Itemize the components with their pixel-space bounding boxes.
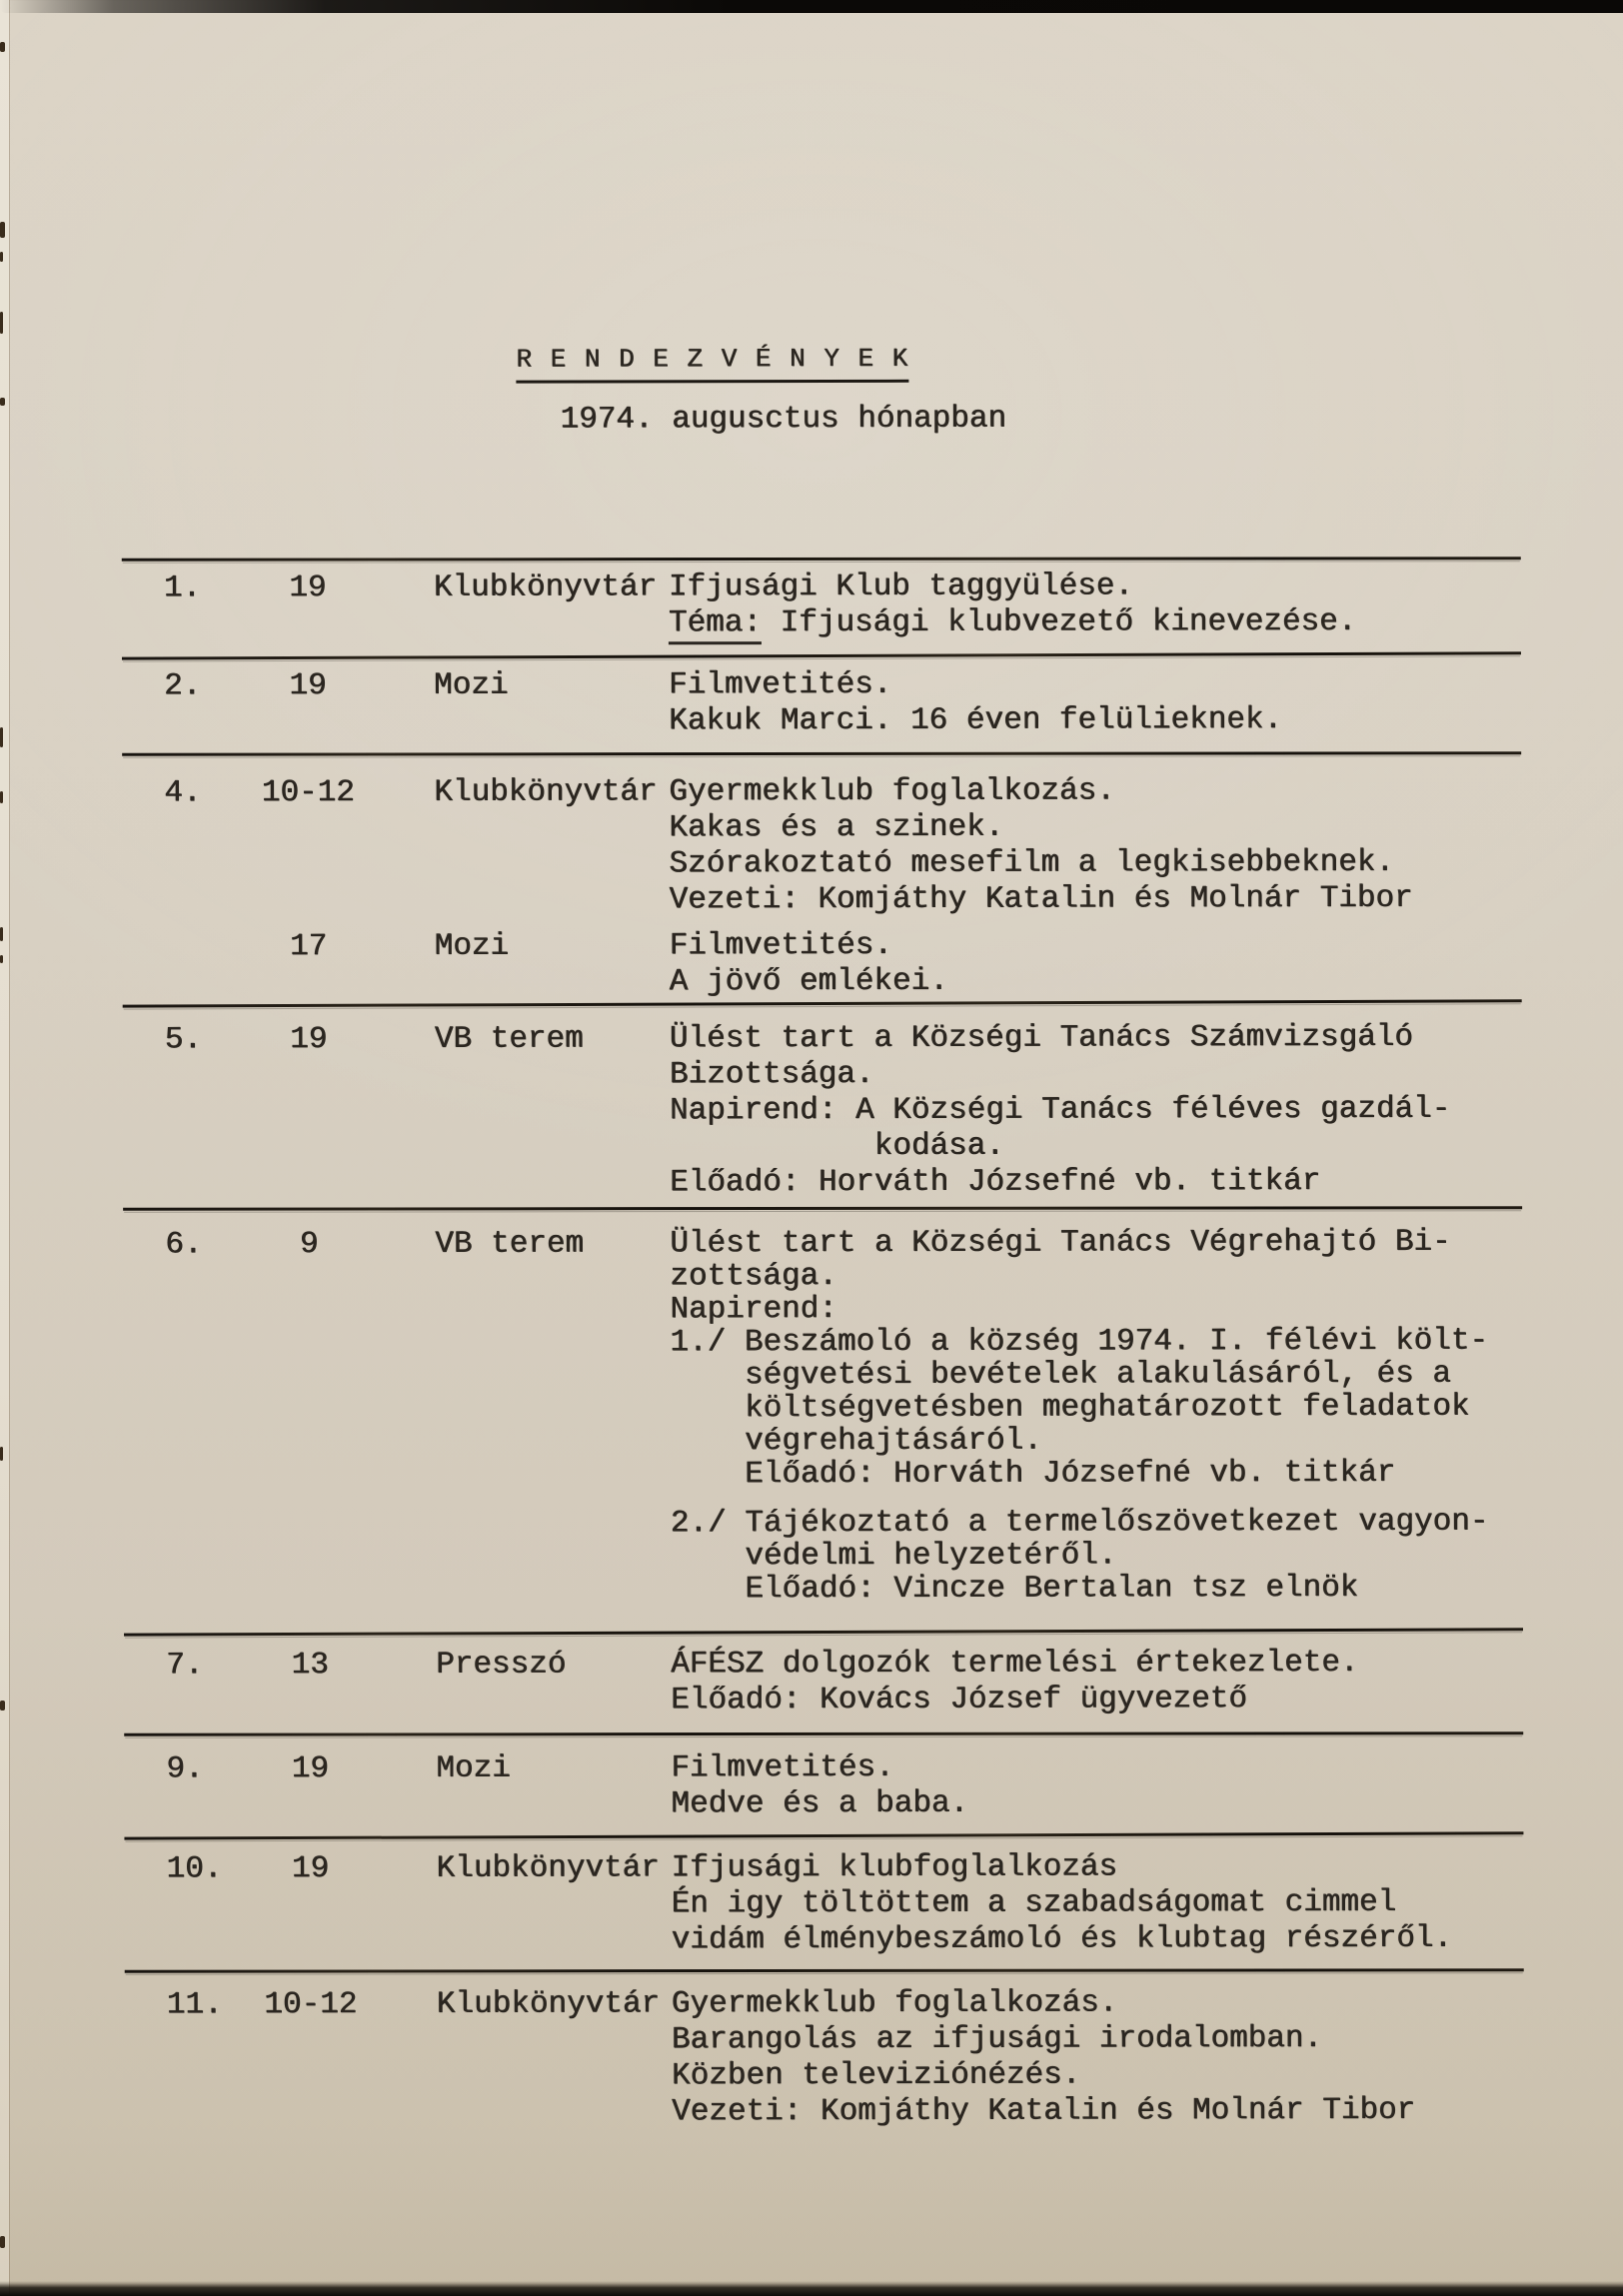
text-segment: Ülést tart a Községi Tanács Számvizsgáló: [670, 1020, 1413, 1057]
description-line: Ifjusági Klub taggyülése.: [669, 568, 1622, 605]
description-line: ÁFÉSZ dolgozók termelési értekezlete.: [671, 1645, 1623, 1683]
description-line: Kakas és a szinek.: [669, 808, 1622, 846]
description-line: Előadó: Horváth Józsefné vb. titkár: [671, 1456, 1623, 1491]
location-cell: Klubkönyvtár: [436, 1850, 659, 1886]
description-line: Én igy töltöttem a szabadságomat cimmel: [672, 1884, 1623, 1922]
text-segment: Ifjusági klubfoglalkozás: [671, 1849, 1117, 1885]
description-line: Kakuk Marci. 16 éven felülieknek.: [669, 701, 1622, 739]
text-segment: Előadó: Kovács József ügyvezető: [671, 1682, 1247, 1718]
location-cell: Presszó: [436, 1648, 566, 1684]
text-segment: kodása.: [874, 1129, 1004, 1164]
description-line: 2./ Tájékoztató a termelőszövetkezet vag…: [671, 1505, 1623, 1540]
description-cell: ÁFÉSZ dolgozók termelési értekezlete.Elő…: [671, 1645, 1623, 1719]
table-rule-line: [122, 557, 1521, 561]
description-cell: Gyermekklub foglalkozás.Kakas és a szine…: [669, 772, 1622, 918]
description-cell: Gyermekklub foglalkozás.Barangolás az if…: [672, 1984, 1623, 2130]
description-line: Gyermekklub foglalkozás.: [672, 1984, 1623, 2022]
event-row-11: 11.10-12KlubkönyvtárGyermekklub foglalko…: [12, 1984, 1623, 2131]
description-line: Közben televiziónézés.: [672, 2056, 1623, 2094]
event-row-7: 7.13PresszóÁFÉSZ dolgozók termelési érte…: [11, 1645, 1623, 1720]
binding-speck: [0, 1447, 3, 1461]
location-cell: VB terem: [435, 1021, 584, 1057]
text-segment: Kakuk Marci. 16 éven felülieknek.: [669, 702, 1282, 738]
location-cell: Mozi: [436, 1751, 510, 1787]
binding-speck: [0, 727, 3, 747]
description-line: Napirend: A Községi Tanács féléves gazdá…: [670, 1091, 1623, 1129]
text-segment: költségvetésben meghatározott feladatok: [745, 1390, 1470, 1427]
text-segment: Előadó: Vincze Bertalan tsz elnök: [745, 1571, 1358, 1607]
description-line: Bizottsága.: [670, 1055, 1623, 1093]
location-cell: Mozi: [435, 929, 509, 965]
time-cell: 19: [253, 1022, 365, 1058]
text-segment: Gyermekklub foglalkozás.: [672, 1985, 1118, 2021]
text-segment: védelmi helyzetéről.: [745, 1538, 1116, 1574]
text-segment: Szórakoztató mesefilm a legkisebbeknek.: [669, 845, 1394, 882]
description-line: 1./ Beszámoló a község 1974. I. félévi k…: [670, 1324, 1623, 1359]
text-segment: Ifjusági klubvezető kinevezése.: [762, 604, 1356, 640]
description-cell: Ifjusági Klub taggyülése.Téma: Ifjusági …: [669, 568, 1622, 641]
binding-speck: [0, 791, 3, 803]
event-entry: 17MoziFilmvetités.A jövő emlékei.: [10, 926, 1623, 1001]
event-row-4: 4.10-12KlubkönyvtárGyermekklub foglalkoz…: [9, 772, 1622, 1001]
description-line: Filmvetités.: [670, 926, 1623, 964]
description-line: védelmi helyzetéről.: [671, 1538, 1623, 1573]
scan-top-shadow: [0, 0, 1623, 13]
description-cell: Filmvetités.Medve és a baba.: [671, 1748, 1623, 1822]
text-segment: 2./ Tájékoztató a termelőszövetkezet vag…: [671, 1505, 1489, 1542]
text-segment: Ifjusági Klub taggyülése.: [669, 569, 1133, 604]
table-rule-line: [122, 651, 1521, 659]
event-entry: 9VB teremÜlést tart a Községi Tanács Vég…: [10, 1225, 1623, 1607]
location-cell: Mozi: [434, 668, 508, 704]
text-segment: A jövő emlékei.: [670, 964, 948, 1000]
text-segment: vidám élménybeszámoló és klubtag részérő…: [672, 1921, 1452, 1958]
time-cell: 10-12: [255, 1987, 367, 2023]
location-cell: Klubkönyvtár: [437, 1986, 660, 2022]
event-entry: 19MoziFilmvetités.Medve és a baba.: [11, 1748, 1623, 1823]
description-line: zottsága.: [670, 1258, 1623, 1293]
left-binding-edge: [0, 0, 9, 2296]
text-segment: 1./ Beszámoló a község 1974. I. félévi k…: [670, 1324, 1488, 1361]
time-cell: 19: [254, 1751, 366, 1787]
description-cell: Ülést tart a Községi Tanács Végrehajtó B…: [670, 1225, 1623, 1606]
page-content: R E N D E Z V É N Y E K 1974. augusctus …: [8, 0, 1623, 2296]
location-cell: VB terem: [435, 1227, 584, 1260]
description-line: vidám élménybeszámoló és klubtag részérő…: [672, 1920, 1623, 1958]
description-line: Szórakoztató mesefilm a legkisebbeknek.: [669, 844, 1622, 882]
binding-speck: [0, 2236, 5, 2248]
binding-speck: [0, 252, 3, 262]
time-cell: 19: [252, 571, 364, 606]
event-entry: 10-12KlubkönyvtárGyermekklub foglalkozás…: [9, 772, 1622, 919]
text-segment: Napirend: A Községi Tanács féléves gazdá…: [670, 1092, 1450, 1129]
text-segment: Gyermekklub foglalkozás.: [669, 773, 1115, 809]
description-cell: Ülést tart a Községi Tanács Számvizsgáló…: [670, 1019, 1623, 1201]
text-segment: Vezeti: Komjáthy Katalin és Molnár Tibor: [669, 881, 1412, 918]
event-entry: 19VB teremÜlést tart a Községi Tanács Sz…: [10, 1019, 1623, 1202]
event-entry: 19KlubkönyvtárIfjusági Klub taggyülése.T…: [9, 568, 1622, 642]
text-segment: Filmvetités.: [669, 667, 891, 702]
location-cell: Klubkönyvtár: [434, 774, 657, 810]
paper-sheet: R E N D E Z V É N Y E K 1974. augusctus …: [9, 0, 1623, 2296]
text-segment: Barangolás az ifjusági irodalomban.: [672, 2021, 1322, 2057]
text-segment: Filmvetités.: [671, 1750, 893, 1785]
description-line: költségvetésben meghatározott feladatok: [671, 1390, 1623, 1425]
text-segment: Ülést tart a Községi Tanács Végrehajtó B…: [670, 1225, 1450, 1262]
event-entry: 19MoziFilmvetités.Kakuk Marci. 16 éven f…: [9, 665, 1622, 740]
time-cell: 13: [254, 1648, 366, 1684]
description-line: Filmvetités.: [669, 665, 1622, 703]
table-rule-line: [123, 1206, 1522, 1210]
event-row-2: 2.19MoziFilmvetités.Kakuk Marci. 16 éven…: [9, 665, 1622, 740]
binding-speck: [0, 398, 5, 406]
time-cell: 10-12: [252, 775, 364, 811]
text-segment: Medve és a baba.: [671, 1786, 968, 1822]
description-line: Filmvetités.: [671, 1748, 1623, 1786]
time-cell: 17: [253, 929, 365, 965]
underlined-text: Téma:: [669, 605, 762, 644]
table-rule-line: [124, 1731, 1523, 1735]
location-cell: Klubkönyvtár: [434, 570, 657, 605]
description-line: Előadó: Vincze Bertalan tsz elnök: [671, 1571, 1623, 1606]
description-line: Medve és a baba.: [671, 1784, 1623, 1822]
event-row-1: 1.19KlubkönyvtárIfjusági Klub taggyülése…: [9, 568, 1622, 642]
description-line: Ülést tart a Községi Tanács Számvizsgáló: [670, 1019, 1623, 1057]
page-title: R E N D E Z V É N Y E K: [516, 344, 908, 384]
table-rule-line: [122, 751, 1521, 755]
table-rule-line: [124, 1628, 1523, 1636]
table-rule-line: [124, 1831, 1523, 1839]
description-line: Napirend:: [670, 1291, 1623, 1326]
scan-bottom-shadow: [0, 2281, 1623, 2296]
event-row-9: 9.19MoziFilmvetités.Medve és a baba.: [11, 1748, 1623, 1823]
page-subtitle: 1974. augusctus hónapban: [560, 402, 1006, 438]
description-cell: Filmvetités.Kakuk Marci. 16 éven felülie…: [669, 665, 1622, 739]
binding-speck: [0, 927, 3, 941]
event-entry: 13PresszóÁFÉSZ dolgozók termelési érteke…: [11, 1645, 1623, 1720]
text-segment: Előadó: Horváth Józsefné vb. titkár: [670, 1164, 1320, 1200]
text-segment: Bizottsága.: [670, 1057, 874, 1092]
event-entry: 19KlubkönyvtárIfjusági klubfoglalkozásÉn…: [11, 1848, 1623, 1959]
text-segment: ségvetési bevételek alakulásáról, és a: [745, 1357, 1451, 1393]
description-line: Vezeti: Komjáthy Katalin és Molnár Tibor: [672, 2092, 1623, 2130]
binding-speck: [0, 312, 3, 334]
description-line: Előadó: Kovács József ügyvezető: [671, 1681, 1623, 1719]
text-segment: Napirend:: [670, 1292, 837, 1327]
description-line: kodása.: [670, 1127, 1623, 1165]
event-row-6: 6.9VB teremÜlést tart a Községi Tanács V…: [10, 1225, 1623, 1607]
time-cell: 9: [253, 1228, 365, 1261]
text-segment: végrehajtásáról.: [745, 1424, 1042, 1460]
time-cell: 19: [252, 668, 364, 704]
description-line: Vezeti: Komjáthy Katalin és Molnár Tibor: [669, 880, 1622, 918]
description-line: Gyermekklub foglalkozás.: [669, 772, 1622, 810]
text-segment: Vezeti: Komjáthy Katalin és Molnár Tibor: [672, 2093, 1415, 2130]
description-line: ségvetési bevételek alakulásáról, és a: [670, 1357, 1623, 1392]
description-line: Ifjusági klubfoglalkozás: [671, 1848, 1623, 1886]
time-cell: 19: [254, 1851, 366, 1887]
text-segment: Előadó: Horváth Józsefné vb. titkár: [745, 1456, 1395, 1492]
binding-speck: [0, 222, 5, 238]
description-cell: Ifjusági klubfoglalkozásÉn igy töltöttem…: [671, 1848, 1623, 1958]
binding-speck: [0, 955, 3, 963]
event-entry: 10-12KlubkönyvtárGyermekklub foglalkozás…: [12, 1984, 1623, 2131]
event-row-5: 5.19VB teremÜlést tart a Községi Tanács …: [10, 1019, 1623, 1202]
text-segment: zottsága.: [670, 1259, 837, 1294]
text-segment: Filmvetités.: [670, 928, 892, 963]
scanned-document-page: { "document": { "title": "R E N D E Z V …: [0, 0, 1623, 2296]
description-line: Ülést tart a Községi Tanács Végrehajtó B…: [670, 1225, 1623, 1260]
text-segment: Közben televiziónézés.: [672, 2057, 1080, 2093]
description-line: Barangolás az ifjusági irodalomban.: [672, 2020, 1623, 2058]
text-segment: ÁFÉSZ dolgozók termelési értekezlete.: [671, 1646, 1358, 1682]
description-line: Téma: Ifjusági klubvezető kinevezése.: [669, 603, 1622, 641]
description-cell: Filmvetités.A jövő emlékei.: [670, 926, 1623, 1000]
event-row-10: 10.19KlubkönyvtárIfjusági klubfoglalkozá…: [11, 1848, 1623, 1959]
text-segment: Én igy töltöttem a szabadságomat cimmel: [672, 1885, 1397, 1922]
description-line: Előadó: Horváth Józsefné vb. titkár: [670, 1163, 1623, 1201]
binding-speck: [0, 42, 5, 52]
table-rule-line: [125, 1968, 1524, 1972]
binding-speck: [0, 1701, 5, 1711]
text-segment: Kakas és a szinek.: [669, 810, 1003, 846]
description-line: végrehajtásáról.: [671, 1423, 1623, 1458]
description-line: A jövő emlékei.: [670, 962, 1623, 1000]
